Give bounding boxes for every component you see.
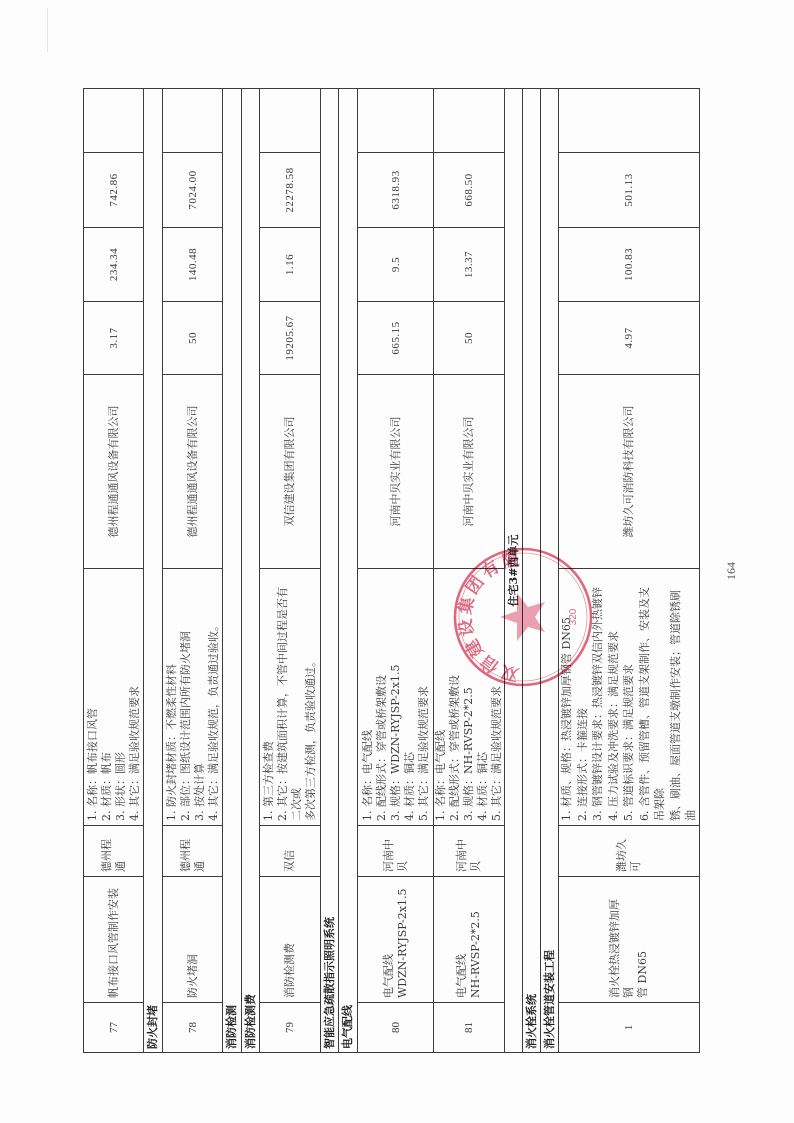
item-quantity: 4.97: [559, 302, 700, 375]
table-row: 79 消防检测费 双信 1. 第三方检查费 2. 其它：按建筑面积计算，不管中间…: [260, 89, 321, 1053]
item-quantity: 19205.67: [260, 302, 321, 375]
section-row: 消防检测费: [242, 89, 260, 1053]
section-row: 智能应急疏散指示照明系统: [321, 89, 339, 1053]
item-quantity: 50: [163, 302, 223, 375]
item-features: 1. 第三方检查费 2. 其它：按建筑面积计算，不管中间过程是否有 二次或 多次…: [260, 569, 321, 826]
item-supplier: 双信建设集团有限公司: [260, 375, 321, 569]
item-unit-price: 13.37: [434, 228, 505, 302]
item-number: 81: [434, 1003, 505, 1053]
item-supplier: 河南中贝实业有限公司: [434, 375, 505, 569]
item-unit-price: 234.34: [84, 228, 144, 302]
item-number: 77: [84, 1003, 144, 1053]
item-features: 1. 名称：电气配线 2. 配线形式：穿管或桥架敷设 3. 规格：WDZN-RY…: [358, 569, 434, 826]
page-number: 164: [724, 89, 739, 1053]
item-remark: [559, 89, 700, 153]
item-total-price: 501.13: [559, 153, 700, 228]
item-unit-price: 1.16: [260, 228, 321, 302]
item-name: 帆布接口风管制作安装: [84, 877, 144, 1003]
section-header: 消火栓管道安装工程: [541, 89, 559, 1053]
unit-header: 住宅3#西单元: [505, 89, 523, 1053]
item-name: 电气配线 WDZN-RYJSP-2x1.5: [358, 877, 434, 1003]
item-total-price: 668.50: [434, 153, 505, 228]
item-brand: 河南中贝: [434, 826, 505, 877]
document-page: 77 帆布接口风管制作安装 德州程通 1. 名称：帆布接口风管 2. 材质：帆布…: [0, 0, 794, 1123]
table-row: 1 消火栓热浸镀锌加厚 钢 管 DN65 潍坊久可 1. 材质、规格：热浸镀锌加…: [559, 89, 700, 1053]
item-features: 1. 名称：电气配线 2. 配线形式：穿管或桥架敷设 3. 规格：NH-RVSP…: [434, 569, 505, 826]
section-header: 智能应急疏散指示照明系统: [321, 89, 339, 1053]
item-remark: [84, 89, 144, 153]
item-remark: [358, 89, 434, 153]
item-features: 1. 材质、规格：热浸镀锌加厚钢管 DN65 2. 连接形式：卡箍连接 3. 钢…: [559, 569, 700, 826]
table-row: 78 防火堵洞 德州程通 1. 防火封堵材质：不燃柔性材料 2. 部位：图纸设计…: [163, 89, 223, 1053]
item-number: 80: [358, 1003, 434, 1053]
item-total-price: 7024.00: [163, 153, 223, 228]
section-row: 消火栓系统: [523, 89, 541, 1053]
section-header: 消防检测费: [242, 89, 260, 1053]
item-supplier: 潍坊久可消防科技有限公司: [559, 375, 700, 569]
item-brand: 潍坊久可: [559, 826, 700, 877]
table-row: 81 电气配线 NH-RVSP-2*2.5 河南中贝 1. 名称：电气配线 2.…: [434, 89, 505, 1053]
item-number: 79: [260, 1003, 321, 1053]
item-name: 防火堵洞: [163, 877, 223, 1003]
section-row: 消防检测: [223, 89, 242, 1053]
item-total-price: 22278.58: [260, 153, 321, 228]
section-header: 电气配线: [339, 89, 358, 1053]
item-quantity: 3.17: [84, 302, 144, 375]
item-supplier: 德州程通通风设备有限公司: [84, 375, 144, 569]
item-name: 消防检测费: [260, 877, 321, 1003]
item-quantity: 665.15: [358, 302, 434, 375]
item-unit-price: 100.83: [559, 228, 700, 302]
table-row: 77 帆布接口风管制作安装 德州程通 1. 名称：帆布接口风管 2. 材质：帆布…: [84, 89, 144, 1053]
item-remark: [260, 89, 321, 153]
item-quantity: 50: [434, 302, 505, 375]
item-unit-price: 9.5: [358, 228, 434, 302]
item-brand: 河南中贝: [358, 826, 434, 877]
section-row: 电气配线: [339, 89, 358, 1053]
item-brand: 德州程通: [163, 826, 223, 877]
item-features: 1. 名称：帆布接口风管 2. 材质：帆布 3. 形状：圆形 4. 其它：满足验…: [84, 569, 144, 826]
item-brand: 双信: [260, 826, 321, 877]
section-header: 防火封堵: [144, 89, 163, 1053]
item-name: 电气配线 NH-RVSP-2*2.5: [434, 877, 505, 1003]
section-row: 防火封堵: [144, 89, 163, 1053]
item-number: 78: [163, 1003, 223, 1053]
section-row: 住宅3#西单元: [505, 89, 523, 1053]
section-row: 消火栓管道安装工程: [541, 89, 559, 1053]
item-unit-price: 140.48: [163, 228, 223, 302]
item-brand: 德州程通: [84, 826, 144, 877]
table-row: 80 电气配线 WDZN-RYJSP-2x1.5 河南中贝 1. 名称：电气配线…: [358, 89, 434, 1053]
item-name: 消火栓热浸镀锌加厚 钢 管 DN65: [559, 877, 700, 1003]
scan-margin-mark: [47, 8, 48, 52]
item-total-price: 742.86: [84, 153, 144, 228]
item-features: 1. 防火封堵材质：不燃柔性材料 2. 部位：图纸设计范围内所有防火堵洞 3. …: [163, 569, 223, 826]
section-header: 消防检测: [223, 89, 242, 1053]
item-remark: [163, 89, 223, 153]
item-supplier: 德州程通通风设备有限公司: [163, 375, 223, 569]
item-number: 1: [559, 1003, 700, 1053]
rotated-table-frame: 77 帆布接口风管制作安装 德州程通 1. 名称：帆布接口风管 2. 材质：帆布…: [83, 89, 695, 1053]
section-header: 消火栓系统: [523, 89, 541, 1053]
item-supplier: 河南中贝实业有限公司: [358, 375, 434, 569]
item-remark: [434, 89, 505, 153]
item-total-price: 6318.93: [358, 153, 434, 228]
bill-of-quantities-table: 77 帆布接口风管制作安装 德州程通 1. 名称：帆布接口风管 2. 材质：帆布…: [83, 88, 700, 1053]
